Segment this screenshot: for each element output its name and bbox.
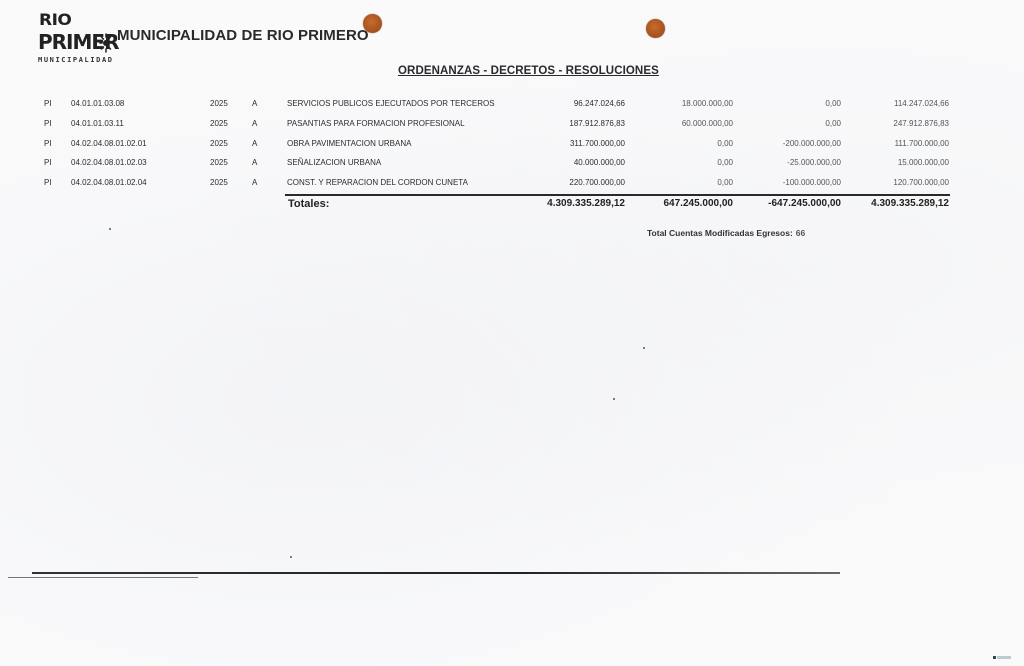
row-decrease: -100.000.000,00 xyxy=(783,178,841,187)
row-decrease: -25.000.000,00 xyxy=(787,158,841,167)
logo-line-municipalidad: MUNICIPALIDAD xyxy=(38,56,114,64)
summary-value: 66 xyxy=(796,228,805,238)
row-final: 120.700.000,00 xyxy=(893,178,949,187)
totals-decrease: -647.245.000,00 xyxy=(768,198,841,209)
row-original: 187.912.876,83 xyxy=(569,119,625,128)
scanner-watermark xyxy=(993,652,1017,662)
row-year: 2025 xyxy=(210,119,228,128)
municipality-name: MUNICIPALIDAD DE RIO PRIMERO xyxy=(117,27,369,44)
row-decrease: -200.000.000,00 xyxy=(783,139,841,148)
scan-speck xyxy=(290,556,292,558)
row-description: PASANTIAS PARA FORMACION PROFESIONAL xyxy=(287,119,465,128)
row-final: 111.700.000,00 xyxy=(895,139,949,148)
sun-icon xyxy=(99,32,113,54)
row-final: 247.912.876,83 xyxy=(893,119,949,128)
row-decrease: 0,00 xyxy=(825,99,841,108)
row-description: OBRA PAVIMENTACION URBANA xyxy=(287,139,411,148)
row-account-code: 04.01.01.03.08 xyxy=(71,99,124,108)
row-increase: 0,00 xyxy=(717,178,733,187)
row-final: 114.247.024,66 xyxy=(894,99,949,108)
row-original: 220.700.000,00 xyxy=(569,178,625,187)
row-original: 40.000.000,00 xyxy=(574,158,625,167)
table-row: PI 04.02.04.08.01.02.01 2025 A OBRA PAVI… xyxy=(0,139,1024,153)
summary-label: Total Cuentas Modificadas Egresos: xyxy=(647,228,793,238)
signature-line-secondary xyxy=(8,577,198,578)
row-description: CONST. Y REPARACION DEL CORDON CUNETA xyxy=(287,178,468,187)
totals-divider xyxy=(285,194,950,196)
totals-label: Totales: xyxy=(288,198,329,210)
row-original: 96.247.024,66 xyxy=(574,99,625,108)
scan-speck xyxy=(643,347,645,349)
row-type: PI xyxy=(44,178,52,187)
totals-row: Totales: 4.309.335.289,12 647.245.000,00… xyxy=(0,198,1024,212)
row-type: PI xyxy=(44,99,52,108)
punch-hole xyxy=(363,14,382,33)
table-row: PI 04.01.01.03.08 2025 A SERVICIOS PUBLI… xyxy=(0,99,1024,113)
row-year: 2025 xyxy=(210,158,228,167)
row-flag: A xyxy=(252,158,257,167)
table-row: PI 04.02.04.08.01.02.04 2025 A CONST. Y … xyxy=(0,178,1024,192)
row-decrease: 0,00 xyxy=(825,119,841,128)
row-final: 15.000.000,00 xyxy=(898,158,949,167)
row-type: PI xyxy=(44,139,52,148)
row-account-code: 04.02.04.08.01.02.01 xyxy=(71,139,147,148)
row-increase: 60.000.000,00 xyxy=(682,119,733,128)
row-increase: 18.000.000,00 xyxy=(682,99,733,108)
row-flag: A xyxy=(252,99,257,108)
row-type: PI xyxy=(44,119,52,128)
row-original: 311.700.000,00 xyxy=(570,139,625,148)
row-increase: 0,00 xyxy=(717,139,733,148)
scan-speck xyxy=(109,228,111,230)
totals-increase: 647.245.000,00 xyxy=(663,198,733,209)
row-type: PI xyxy=(44,158,52,167)
row-account-code: 04.01.01.03.11 xyxy=(71,119,124,128)
municipality-logo: RIO PRIMER MUNICIPALIDAD xyxy=(37,12,115,68)
scan-speck xyxy=(613,398,615,400)
row-account-code: 04.02.04.08.01.02.03 xyxy=(71,158,147,167)
logo-line-rio: RIO xyxy=(39,11,71,30)
modified-accounts-summary: Total Cuentas Modificadas Egresos:66 xyxy=(647,228,805,238)
row-increase: 0,00 xyxy=(717,158,733,167)
row-year: 2025 xyxy=(210,99,228,108)
table-row: PI 04.01.01.03.11 2025 A PASANTIAS PARA … xyxy=(0,119,1024,133)
signature-line xyxy=(32,572,840,574)
punch-hole xyxy=(646,19,665,38)
table-row: PI 04.02.04.08.01.02.03 2025 A SEÑALIZAC… xyxy=(0,158,1024,172)
row-year: 2025 xyxy=(210,139,228,148)
row-flag: A xyxy=(252,139,257,148)
row-flag: A xyxy=(252,178,257,187)
totals-original: 4.309.335.289,12 xyxy=(547,198,625,209)
document-title: ORDENANZAS - DECRETOS - RESOLUCIONES xyxy=(398,65,659,77)
row-year: 2025 xyxy=(210,178,228,187)
row-flag: A xyxy=(252,119,257,128)
row-description: SERVICIOS PUBLICOS EJECUTADOS POR TERCER… xyxy=(287,99,495,108)
totals-final: 4.309.335.289,12 xyxy=(871,198,949,209)
row-account-code: 04.02.04.08.01.02.04 xyxy=(71,178,147,187)
row-description: SEÑALIZACION URBANA xyxy=(287,158,381,167)
